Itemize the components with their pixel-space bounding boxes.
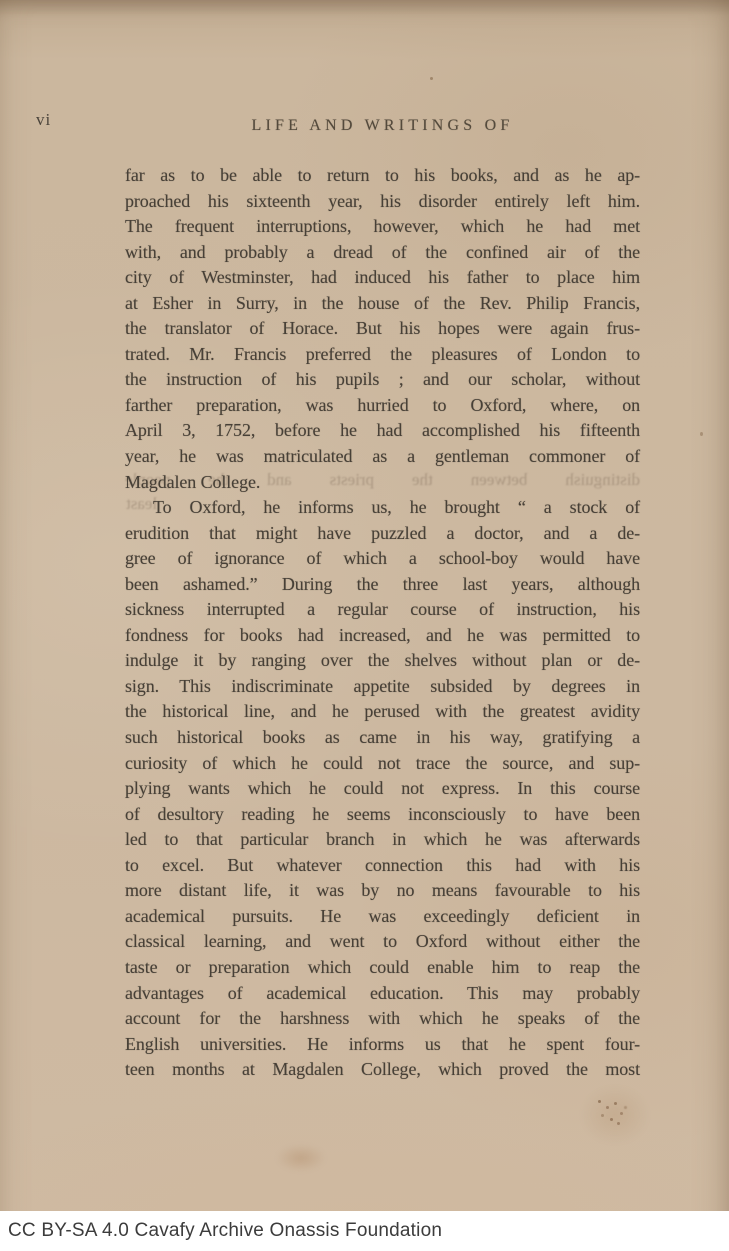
text-line: indulge it by ranging over the shelves w… — [125, 648, 640, 674]
scanned-book-page: vi LIFE AND WRITINGS OF distinguish betw… — [0, 0, 729, 1251]
text-line: farther preparation, was hurried to Oxfo… — [125, 393, 640, 419]
paper-stain — [276, 1144, 326, 1172]
text-line: To Oxford, he informs us, he brought “ a… — [125, 495, 640, 521]
text-line: sickness interrupted a regular course of… — [125, 597, 640, 623]
text-line: English universities. He informs us that… — [125, 1032, 640, 1058]
license-bar: CC BY-SA 4.0 Cavafy Archive Onassis Foun… — [0, 1211, 729, 1251]
text-line: to excel. But whatever connection this h… — [125, 853, 640, 879]
text-line: sign. This indiscriminate appetite subsi… — [125, 674, 640, 700]
text-line: more distant life, it was by no means fa… — [125, 878, 640, 904]
text-line: classical learning, and went to Oxford w… — [125, 929, 640, 955]
body-text-block: far as to be able to return to his books… — [125, 163, 640, 1083]
text-line: with, and probably a dread of the confin… — [125, 240, 640, 266]
text-line: plying wants which he could not express.… — [125, 776, 640, 802]
page-number: vi — [36, 110, 51, 130]
text-line: Magdalen College. — [125, 470, 640, 496]
text-line: curiosity of which he could not trace th… — [125, 751, 640, 777]
text-line: April 3, 1752, before he had accomplishe… — [125, 418, 640, 444]
paper-stain — [580, 1085, 650, 1145]
text-line: The frequent interruptions, however, whi… — [125, 214, 640, 240]
text-line: erudition that might have puzzled a doct… — [125, 521, 640, 547]
text-line: the translator of Horace. But his hopes … — [125, 316, 640, 342]
text-line: the instruction of his pupils ; and our … — [125, 367, 640, 393]
text-line: led to that particular branch in which h… — [125, 827, 640, 853]
text-line: such historical books as came in his way… — [125, 725, 640, 751]
text-line: proached his sixteenth year, his disorde… — [125, 189, 640, 215]
text-line: taste or preparation which could enable … — [125, 955, 640, 981]
running-header: LIFE AND WRITINGS OF — [125, 117, 640, 135]
text-line: year, he was matriculated as a gentleman… — [125, 444, 640, 470]
text-line: the historical line, and he perused with… — [125, 699, 640, 725]
text-line: city of Westminster, had induced his fat… — [125, 265, 640, 291]
text-line: advantages of academical education. This… — [125, 981, 640, 1007]
paper-freckles — [598, 1100, 601, 1103]
text-line: of desultory reading he seems inconsciou… — [125, 802, 640, 828]
text-line: account for the harshness with which he … — [125, 1006, 640, 1032]
text-line: at Esher in Surry, in the house of the R… — [125, 291, 640, 317]
text-line: fondness for books had increased, and he… — [125, 623, 640, 649]
paper-speck — [700, 432, 703, 436]
text-line: gree of ignorance of which a school-boy … — [125, 546, 640, 572]
text-line: teen months at Magdalen College, which p… — [125, 1057, 640, 1083]
text-line: trated. Mr. Francis preferred the pleasu… — [125, 342, 640, 368]
text-line: academical pursuits. He was exceedingly … — [125, 904, 640, 930]
text-line: been ashamed.” During the three last yea… — [125, 572, 640, 598]
text-line: far as to be able to return to his books… — [125, 163, 640, 189]
license-text: CC BY-SA 4.0 Cavafy Archive Onassis Foun… — [8, 1220, 442, 1242]
paper-speck — [430, 77, 433, 80]
